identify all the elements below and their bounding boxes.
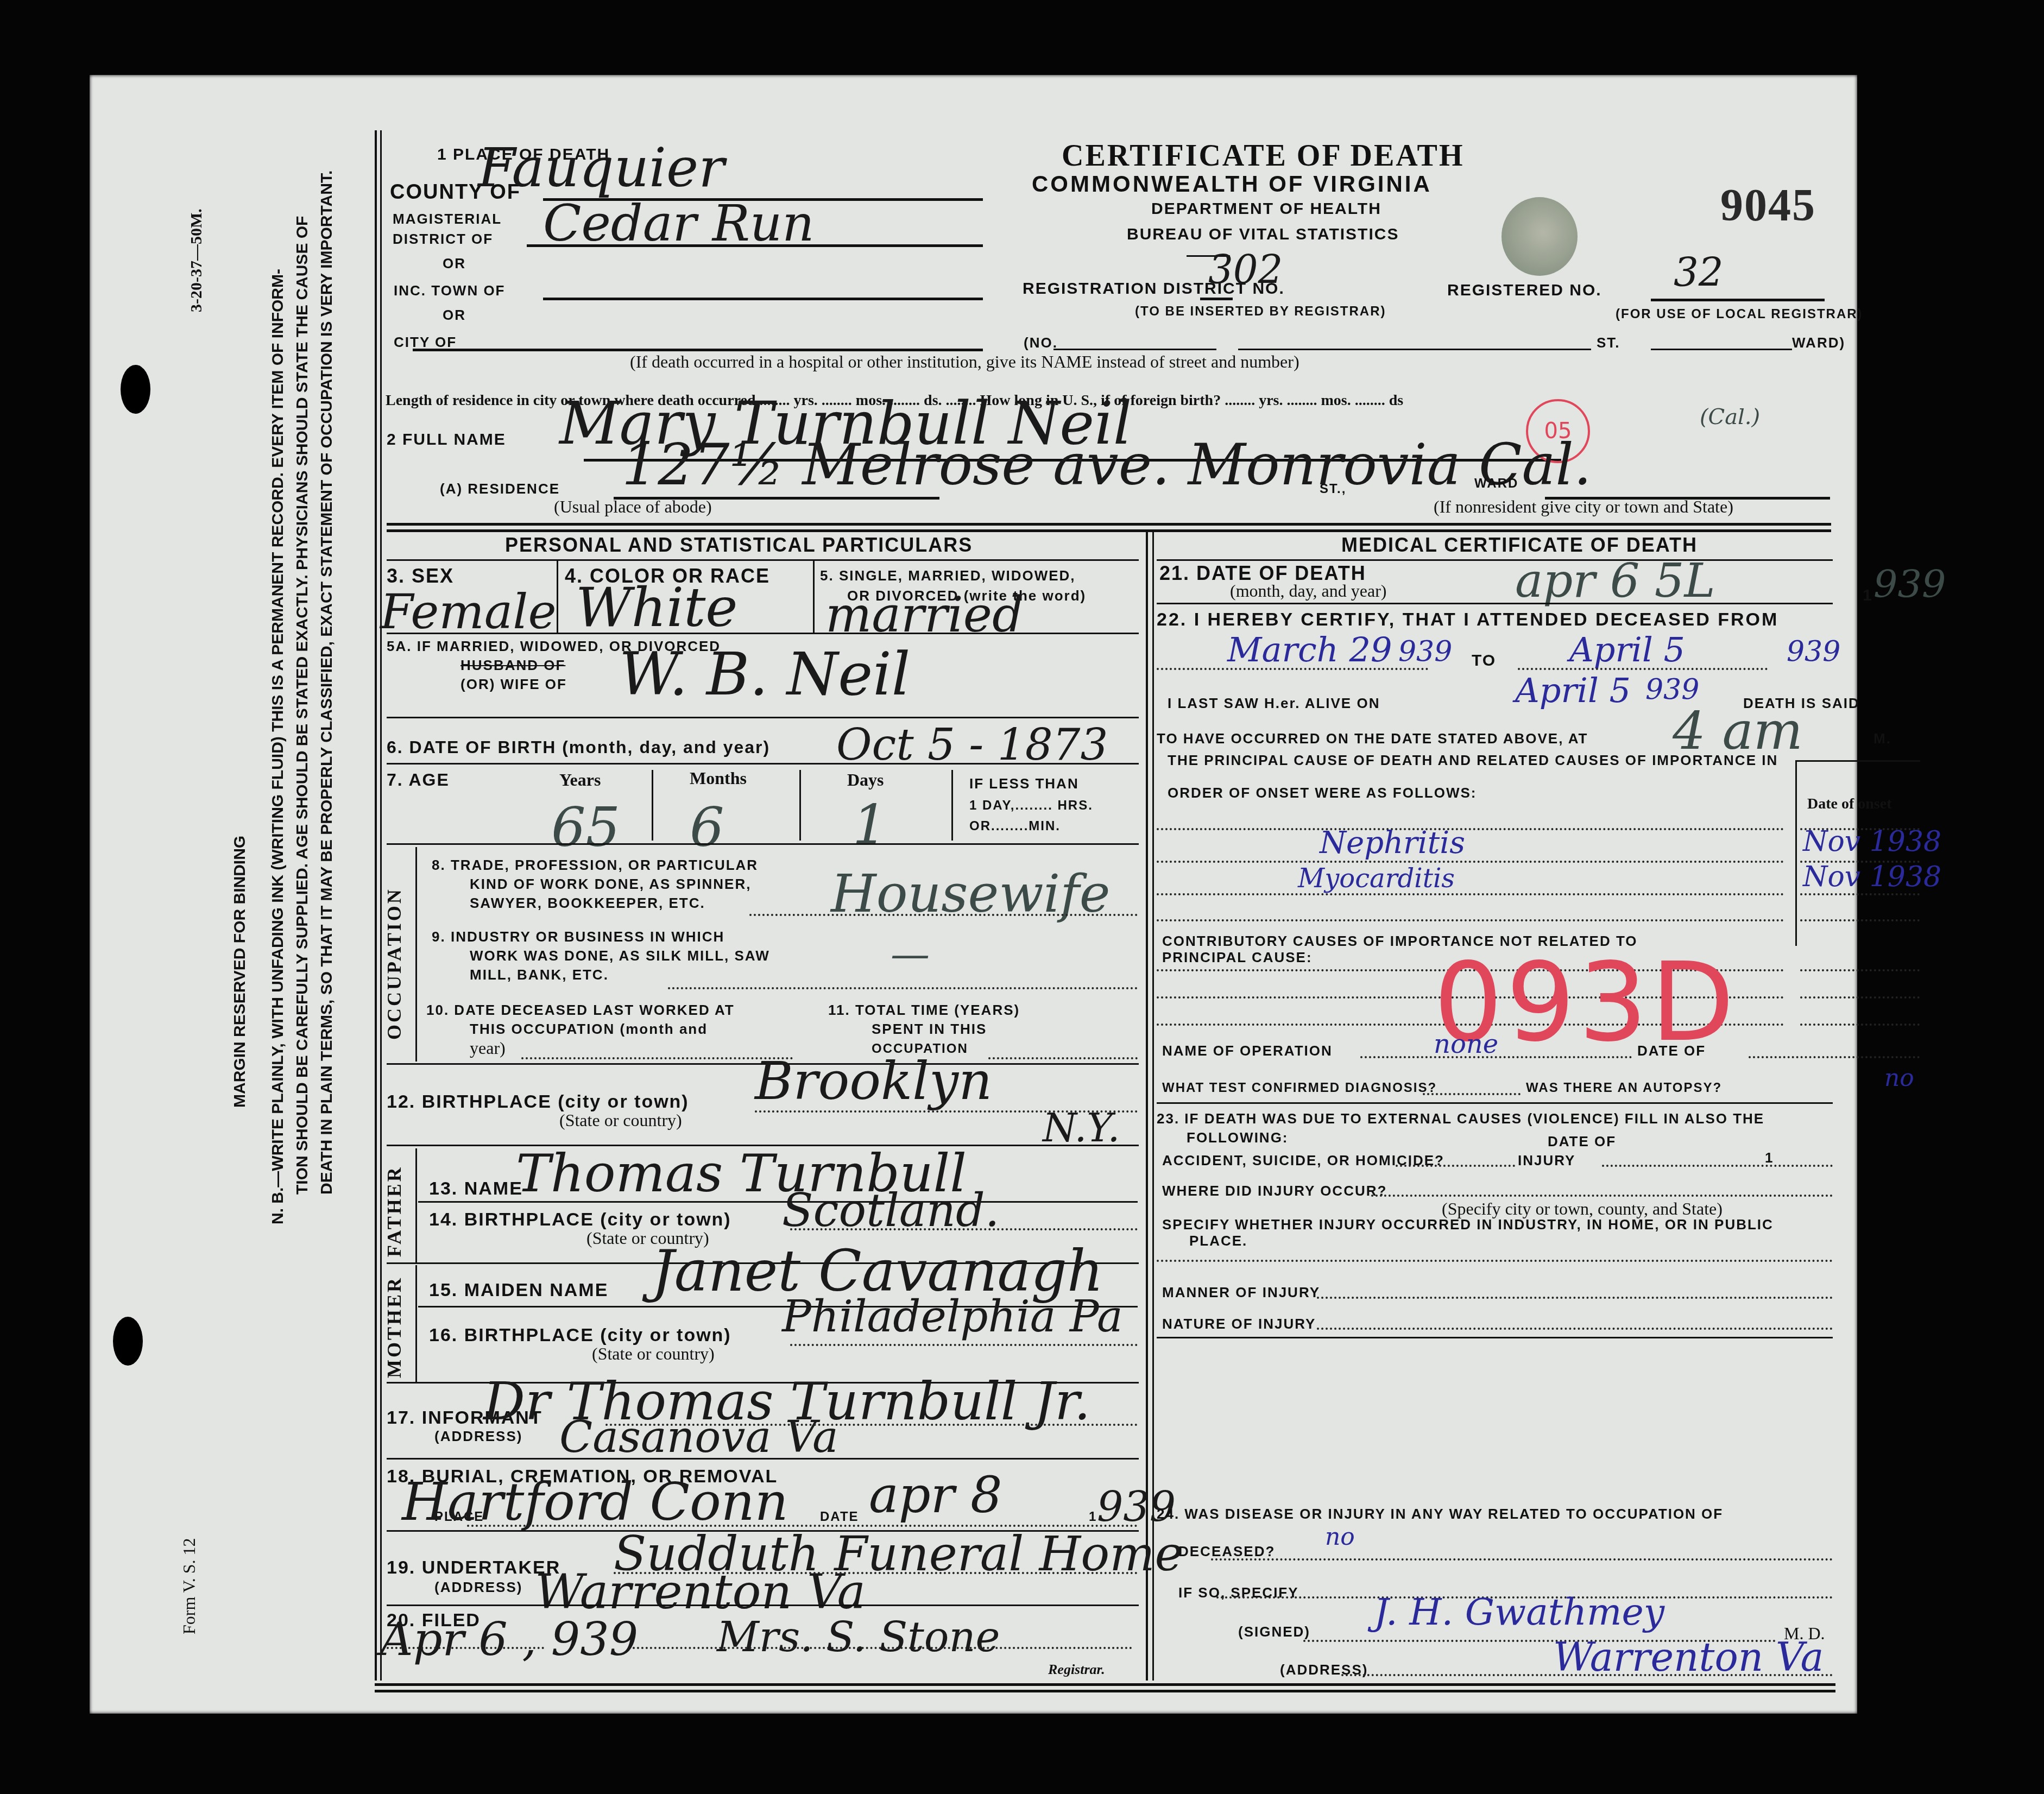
operation-value[interactable]: none	[1434, 1029, 1498, 1059]
mother-maiden-label: 15. MAIDEN NAME	[429, 1280, 608, 1301]
birthplace-value[interactable]: Brooklyn	[755, 1051, 992, 1111]
deceased-value[interactable]: no	[1325, 1523, 1355, 1551]
spouse-label-3: (OR) WIFE OF	[460, 676, 567, 693]
marital-value[interactable]: married	[825, 586, 1024, 643]
less-than-label-3: OR........MIN.	[969, 819, 1061, 834]
onset-line-3	[1800, 893, 1920, 895]
row-rule-21	[1157, 603, 1833, 604]
address-value[interactable]: Warrenton Va	[1553, 1634, 1824, 1680]
injury-date-label-2: INJURY	[1518, 1152, 1575, 1169]
onset-column-divider	[1795, 760, 1797, 946]
registered-no-underline	[1651, 299, 1825, 301]
mother-birthplace-state-label: (State or country)	[592, 1344, 715, 1364]
race-value[interactable]: White	[576, 576, 738, 639]
personal-heading-rule	[387, 559, 1139, 561]
informant-address-value[interactable]: Casanova Va	[559, 1412, 838, 1462]
principal-cause-label-1: THE PRINCIPAL CAUSE OF DEATH AND RELATED…	[1168, 752, 1778, 769]
medical-heading: MEDICAL CERTIFICATE OF DEATH	[1341, 534, 1698, 557]
street-name-underline[interactable]	[1238, 349, 1591, 350]
binding-note: MARGIN RESERVED FOR BINDING	[231, 836, 249, 1108]
operation-dotted-line	[1360, 1056, 1632, 1058]
last-worked-label-3: year)	[470, 1038, 506, 1058]
undertaker-dotted-line	[614, 1572, 1138, 1574]
magisterial-district-value[interactable]: Cedar Run	[543, 194, 815, 252]
father-side-label: FATHER	[383, 1165, 406, 1257]
father-name-label: 13. NAME	[429, 1178, 523, 1199]
onset-2-value[interactable]: Nov 1938	[1803, 861, 1941, 893]
state-name: COMMONWEALTH OF VIRGINIA	[1032, 171, 1432, 197]
punch-hole-bottom	[113, 1317, 143, 1366]
industry-label-2: WORK WAS DONE, AS SILK MILL, SAW	[470, 947, 770, 964]
medical-heading-rule	[1157, 559, 1833, 561]
full-name-label: 2 FULL NAME	[387, 431, 506, 449]
race-marital-divider	[813, 559, 815, 633]
onset-1-value[interactable]: Nov 1938	[1803, 825, 1941, 858]
injury-date-dotted-line	[1602, 1165, 1833, 1167]
bottom-rule-1	[375, 1683, 1835, 1686]
occupation-side-label: OCCUPATION	[383, 887, 406, 1040]
last-saw-label: I LAST SAW H.er. ALIVE ON	[1168, 695, 1380, 712]
total-time-dotted-line[interactable]	[988, 1057, 1138, 1059]
deceased-label: DECEASED?	[1178, 1543, 1275, 1560]
row-rule-22	[1157, 1102, 1833, 1104]
residence-st-label: ST.,	[1320, 482, 1346, 497]
autopsy-label: WAS THERE AN AUTOPSY?	[1526, 1081, 1722, 1096]
registration-district-note: (TO BE INSERTED BY REGISTRAR)	[1135, 304, 1386, 319]
less-than-label-2: 1 DAY,........ HRS.	[969, 798, 1093, 813]
spouse-label-2: HUSBAND OF	[460, 657, 565, 674]
magisterial-label: MAGISTERIAL	[393, 211, 502, 228]
mother-birthplace-value[interactable]: Philadelphia Pa	[782, 1291, 1123, 1342]
operation-date-dotted-line	[1749, 1056, 1920, 1058]
registrar-label: Registrar.	[1048, 1662, 1105, 1678]
registrar-signature[interactable]: Mrs. S. Stone	[717, 1613, 1000, 1661]
contributory-onset-line-2	[1800, 996, 1920, 999]
age-months-divider	[799, 770, 801, 841]
occurred-label: TO HAVE OCCURRED ON THE DATE STATED ABOV…	[1157, 730, 1588, 747]
age-days-label: Days	[847, 770, 884, 790]
certificate-title: CERTIFICATE OF DEATH	[1062, 138, 1465, 173]
residence-value[interactable]: 127½ Melrose ave. Monrovia Cal.	[622, 432, 1592, 498]
date-of-death-year[interactable]: 939	[1873, 562, 1946, 607]
age-days-divider	[951, 770, 953, 841]
specify-whether-label-2: PLACE.	[1189, 1233, 1247, 1249]
or-label-1: OR	[443, 255, 466, 272]
occupation-related-label: 24. WAS DISEASE OR INJURY IN ANY WAY REL…	[1157, 1506, 1723, 1523]
registration-district-underline	[1200, 298, 1233, 300]
ward-underline[interactable]	[1651, 349, 1792, 350]
sex-race-divider	[557, 559, 558, 633]
father-name-underline	[418, 1201, 1138, 1203]
row-rule-undertaker	[387, 1605, 1139, 1606]
onset-line-4	[1800, 919, 1920, 921]
street-no-underline[interactable]	[1053, 349, 1216, 350]
ward-label: WARD)	[1792, 334, 1845, 351]
industry-dotted-line	[668, 987, 1138, 989]
personal-heading: PERSONAL AND STATISTICAL PARTICULARS	[505, 534, 973, 557]
section-divider-top-2	[387, 529, 1831, 532]
last-worked-label-1: 10. DATE DECEASED LAST WORKED AT	[426, 1002, 735, 1019]
external-label-2: FOLLOWING:	[1187, 1129, 1289, 1146]
mother-side-label: MOTHER	[383, 1276, 406, 1378]
district-underline	[527, 244, 983, 247]
principal-cause-label-2: ORDER OF ONSET WERE AS FOLLOWS:	[1168, 785, 1477, 801]
frame-left-inner	[380, 130, 382, 1681]
where-injury-dotted-line	[1371, 1195, 1833, 1197]
residence-ward-label: WARD	[1474, 476, 1518, 491]
address-dotted-line	[1341, 1674, 1833, 1676]
cause-line-2	[1157, 861, 1784, 863]
filed-value[interactable]: Apr 6 , 939	[380, 1613, 638, 1666]
registered-no-note: (FOR USE OF LOCAL REGISTRAR)	[1616, 307, 1863, 322]
nature-label: NATURE OF INJURY	[1162, 1316, 1316, 1332]
date-of-death-sub: (month, day, and year)	[1230, 581, 1386, 601]
autopsy-value[interactable]: no	[1884, 1064, 1914, 1092]
manner-dotted-line	[1317, 1297, 1833, 1299]
industry-label-1: 9. INDUSTRY OR BUSINESS IN WHICH	[432, 928, 724, 945]
age-months-label: Months	[690, 768, 747, 788]
seal-sticker	[1502, 197, 1578, 276]
attended-to-year[interactable]: 939	[1787, 635, 1840, 668]
specify-whether-dotted-line	[1157, 1260, 1833, 1262]
punch-hole-top	[121, 365, 150, 414]
inc-town-label: INC. TOWN OF	[394, 282, 506, 299]
age-label: 7. AGE	[387, 770, 450, 790]
or-label-2: OR	[443, 307, 466, 324]
nature-dotted-line	[1317, 1328, 1833, 1330]
cause-2-value[interactable]: Myocarditis	[1298, 863, 1455, 894]
row-rule-spouse	[387, 717, 1139, 718]
pencil-cal-note: (Cal.)	[1700, 405, 1760, 429]
father-birthplace-label: 14. BIRTHPLACE (city or town)	[429, 1209, 731, 1230]
operation-label: NAME OF OPERATION	[1162, 1043, 1333, 1059]
date-of-death-year-prefix: 1	[1863, 586, 1873, 605]
test-dotted-line	[1423, 1093, 1521, 1095]
row-rule-dob	[387, 763, 1139, 765]
residence-note-right: (If nonresident give city or town and St…	[1434, 497, 1733, 517]
age-years-label: Years	[559, 770, 601, 790]
marital-label-1: 5. SINGLE, MARRIED, WIDOWED,	[820, 567, 1076, 584]
instructions-line-1: N. B.—WRITE PLAINLY, WITH UNFADING INK (…	[269, 269, 287, 1224]
row-rule-age	[387, 843, 1139, 845]
cause-1-value[interactable]: Nephritis	[1320, 825, 1465, 861]
row-rule-sex	[387, 633, 1139, 634]
trade-label-3: SAWYER, BOOKKEEPER, ETC.	[470, 895, 705, 912]
registered-no-label: REGISTERED NO.	[1447, 281, 1602, 300]
industry-label-3: MILL, BANK, ETC.	[470, 967, 609, 983]
attended-from-value[interactable]: March 29	[1227, 630, 1392, 669]
manner-label: MANNER OF INJURY	[1162, 1284, 1320, 1301]
burial-date-value[interactable]: apr 8	[869, 1466, 1002, 1524]
total-time-label-2: SPENT IN THIS	[872, 1021, 987, 1038]
city-underline[interactable]	[413, 349, 983, 351]
residence-label: (A) RESIDENCE	[440, 481, 560, 497]
signature-value[interactable]: J. H. Gwathmey	[1374, 1591, 1664, 1634]
registration-district-value[interactable]: 302	[1208, 247, 1283, 293]
accident-dotted-line	[1396, 1165, 1515, 1167]
street-no-label: (NO.	[1024, 334, 1058, 351]
row-rule-informant	[387, 1458, 1139, 1460]
trade-dotted-line	[749, 914, 1138, 916]
onset-column-top	[1795, 760, 1920, 762]
birthplace-dotted-line	[755, 1110, 1138, 1113]
operation-date-label: DATE OF	[1637, 1043, 1706, 1059]
attended-to-value[interactable]: April 5	[1569, 630, 1685, 669]
total-time-label-1: 11. TOTAL TIME (YEARS)	[828, 1002, 1020, 1019]
age-months-value[interactable]: 6	[690, 795, 724, 859]
attended-from-year[interactable]: 939	[1398, 635, 1452, 668]
birthplace-label: 12. BIRTHPLACE (city or town)	[387, 1091, 689, 1113]
frame-left-outer	[375, 130, 377, 1681]
specify-whether-label-1: SPECIFY WHETHER INJURY OCCURRED IN INDUS…	[1162, 1216, 1774, 1233]
institution-note: (If death occurred in a hospital or othe…	[630, 352, 1299, 372]
bottom-rule-2	[375, 1690, 1835, 1692]
registered-no-value[interactable]: 32	[1674, 250, 1724, 295]
external-label-1: 23. IF DEATH WAS DUE TO EXTERNAL CAUSES …	[1157, 1110, 1764, 1127]
to-label: TO	[1472, 652, 1496, 670]
father-side-divider	[415, 1148, 417, 1262]
informant-dotted-line	[605, 1424, 1138, 1426]
age-years-value[interactable]: 65	[551, 795, 620, 859]
trade-label-1: 8. TRADE, PROFESSION, OR PARTICULAR	[432, 857, 758, 874]
dob-label: 6. DATE OF BIRTH (month, day, and year)	[387, 737, 770, 757]
date-of-death-value[interactable]: apr 6 5L	[1515, 554, 1715, 608]
if-so-label: IF SO, SPECIFY	[1178, 1584, 1299, 1601]
residence-note-left: (Usual place of abode)	[554, 497, 712, 517]
undertaker-address-label: (ADDRESS)	[434, 1579, 522, 1596]
certificate-number: 9045	[1720, 179, 1816, 232]
registrar-dotted-line	[633, 1647, 1132, 1649]
less-than-label-1: IF LESS THAN	[969, 775, 1079, 792]
trade-label-2: KIND OF WORK DONE, AS SPINNER,	[470, 876, 751, 893]
time-suffix: M.	[1873, 730, 1891, 747]
county-value[interactable]: Fauquier	[478, 136, 724, 199]
contributory-onset-line-3	[1800, 1024, 1920, 1026]
occupation-side-divider	[415, 847, 417, 1062]
department-name: DEPARTMENT OF HEALTH	[1151, 200, 1381, 218]
inc-town-underline[interactable]	[543, 298, 983, 300]
street-label: ST.	[1597, 334, 1620, 351]
date-of-onset-label: Date of onset	[1807, 795, 1892, 813]
print-code: 3-20-37—50M.	[187, 209, 206, 312]
burial-date-label: DATE	[820, 1509, 859, 1525]
instructions-line-2: TION SHOULD BE CAREFULLY SUPPLIED. AGE S…	[293, 216, 312, 1195]
cause-line-1	[1157, 828, 1784, 830]
mother-birthplace-label: 16. BIRTHPLACE (city or town)	[429, 1325, 731, 1346]
attended-to-dotted-line	[1518, 668, 1768, 670]
sex-value[interactable]: Female	[380, 584, 556, 640]
signed-label: (SIGNED)	[1238, 1624, 1310, 1640]
last-saw-value[interactable]: April 5	[1515, 671, 1631, 710]
section-divider-top-1	[387, 523, 1831, 526]
certify-label: 22. I HEREBY CERTIFY, THAT I ATTENDED DE…	[1157, 609, 1778, 630]
instructions-line-3: DEATH IN PLAIN TERMS, SO THAT IT MAY BE …	[318, 170, 336, 1195]
district-label: DISTRICT OF	[393, 231, 493, 248]
age-years-divider	[652, 770, 653, 841]
contributory-label-2: PRINCIPAL CAUSE:	[1162, 949, 1313, 966]
father-birthplace-dotted-line	[790, 1228, 1138, 1230]
age-days-value[interactable]: 1	[853, 793, 887, 856]
burial-year-prefix: 1	[1089, 1509, 1097, 1525]
burial-place-value[interactable]: Hartford Conn	[402, 1471, 788, 1532]
industry-value[interactable]: —	[891, 931, 930, 977]
cause-line-4	[1157, 919, 1784, 921]
birthplace-state-label: (State or country)	[559, 1110, 682, 1130]
deceased-dotted-line	[1211, 1558, 1833, 1561]
attended-from-dotted-line	[1157, 668, 1428, 670]
test-confirmed-label: WHAT TEST CONFIRMED DIAGNOSIS?	[1162, 1081, 1437, 1096]
cause-line-3	[1157, 893, 1784, 895]
last-worked-dotted-line[interactable]	[521, 1057, 793, 1059]
mother-birthplace-dotted-line	[790, 1344, 1138, 1346]
mother-side-divider	[415, 1265, 417, 1382]
contributory-onset-line-1	[1800, 969, 1920, 971]
filed-dotted-line	[387, 1647, 544, 1649]
spouse-value[interactable]: W. B. Neil	[619, 641, 910, 709]
row-rule-23	[1157, 1337, 1833, 1338]
injury-date-label-1: DATE OF	[1548, 1133, 1616, 1150]
where-injury-label: WHERE DID INJURY OCCUR?	[1162, 1183, 1387, 1199]
last-worked-label-2: THIS OCCUPATION (month and	[470, 1021, 708, 1038]
form-code: Form V. S. 12	[179, 1538, 199, 1634]
injury-year-prefix: 1	[1765, 1149, 1774, 1166]
bureau-name: BUREAU OF VITAL STATISTICS	[1127, 225, 1399, 244]
